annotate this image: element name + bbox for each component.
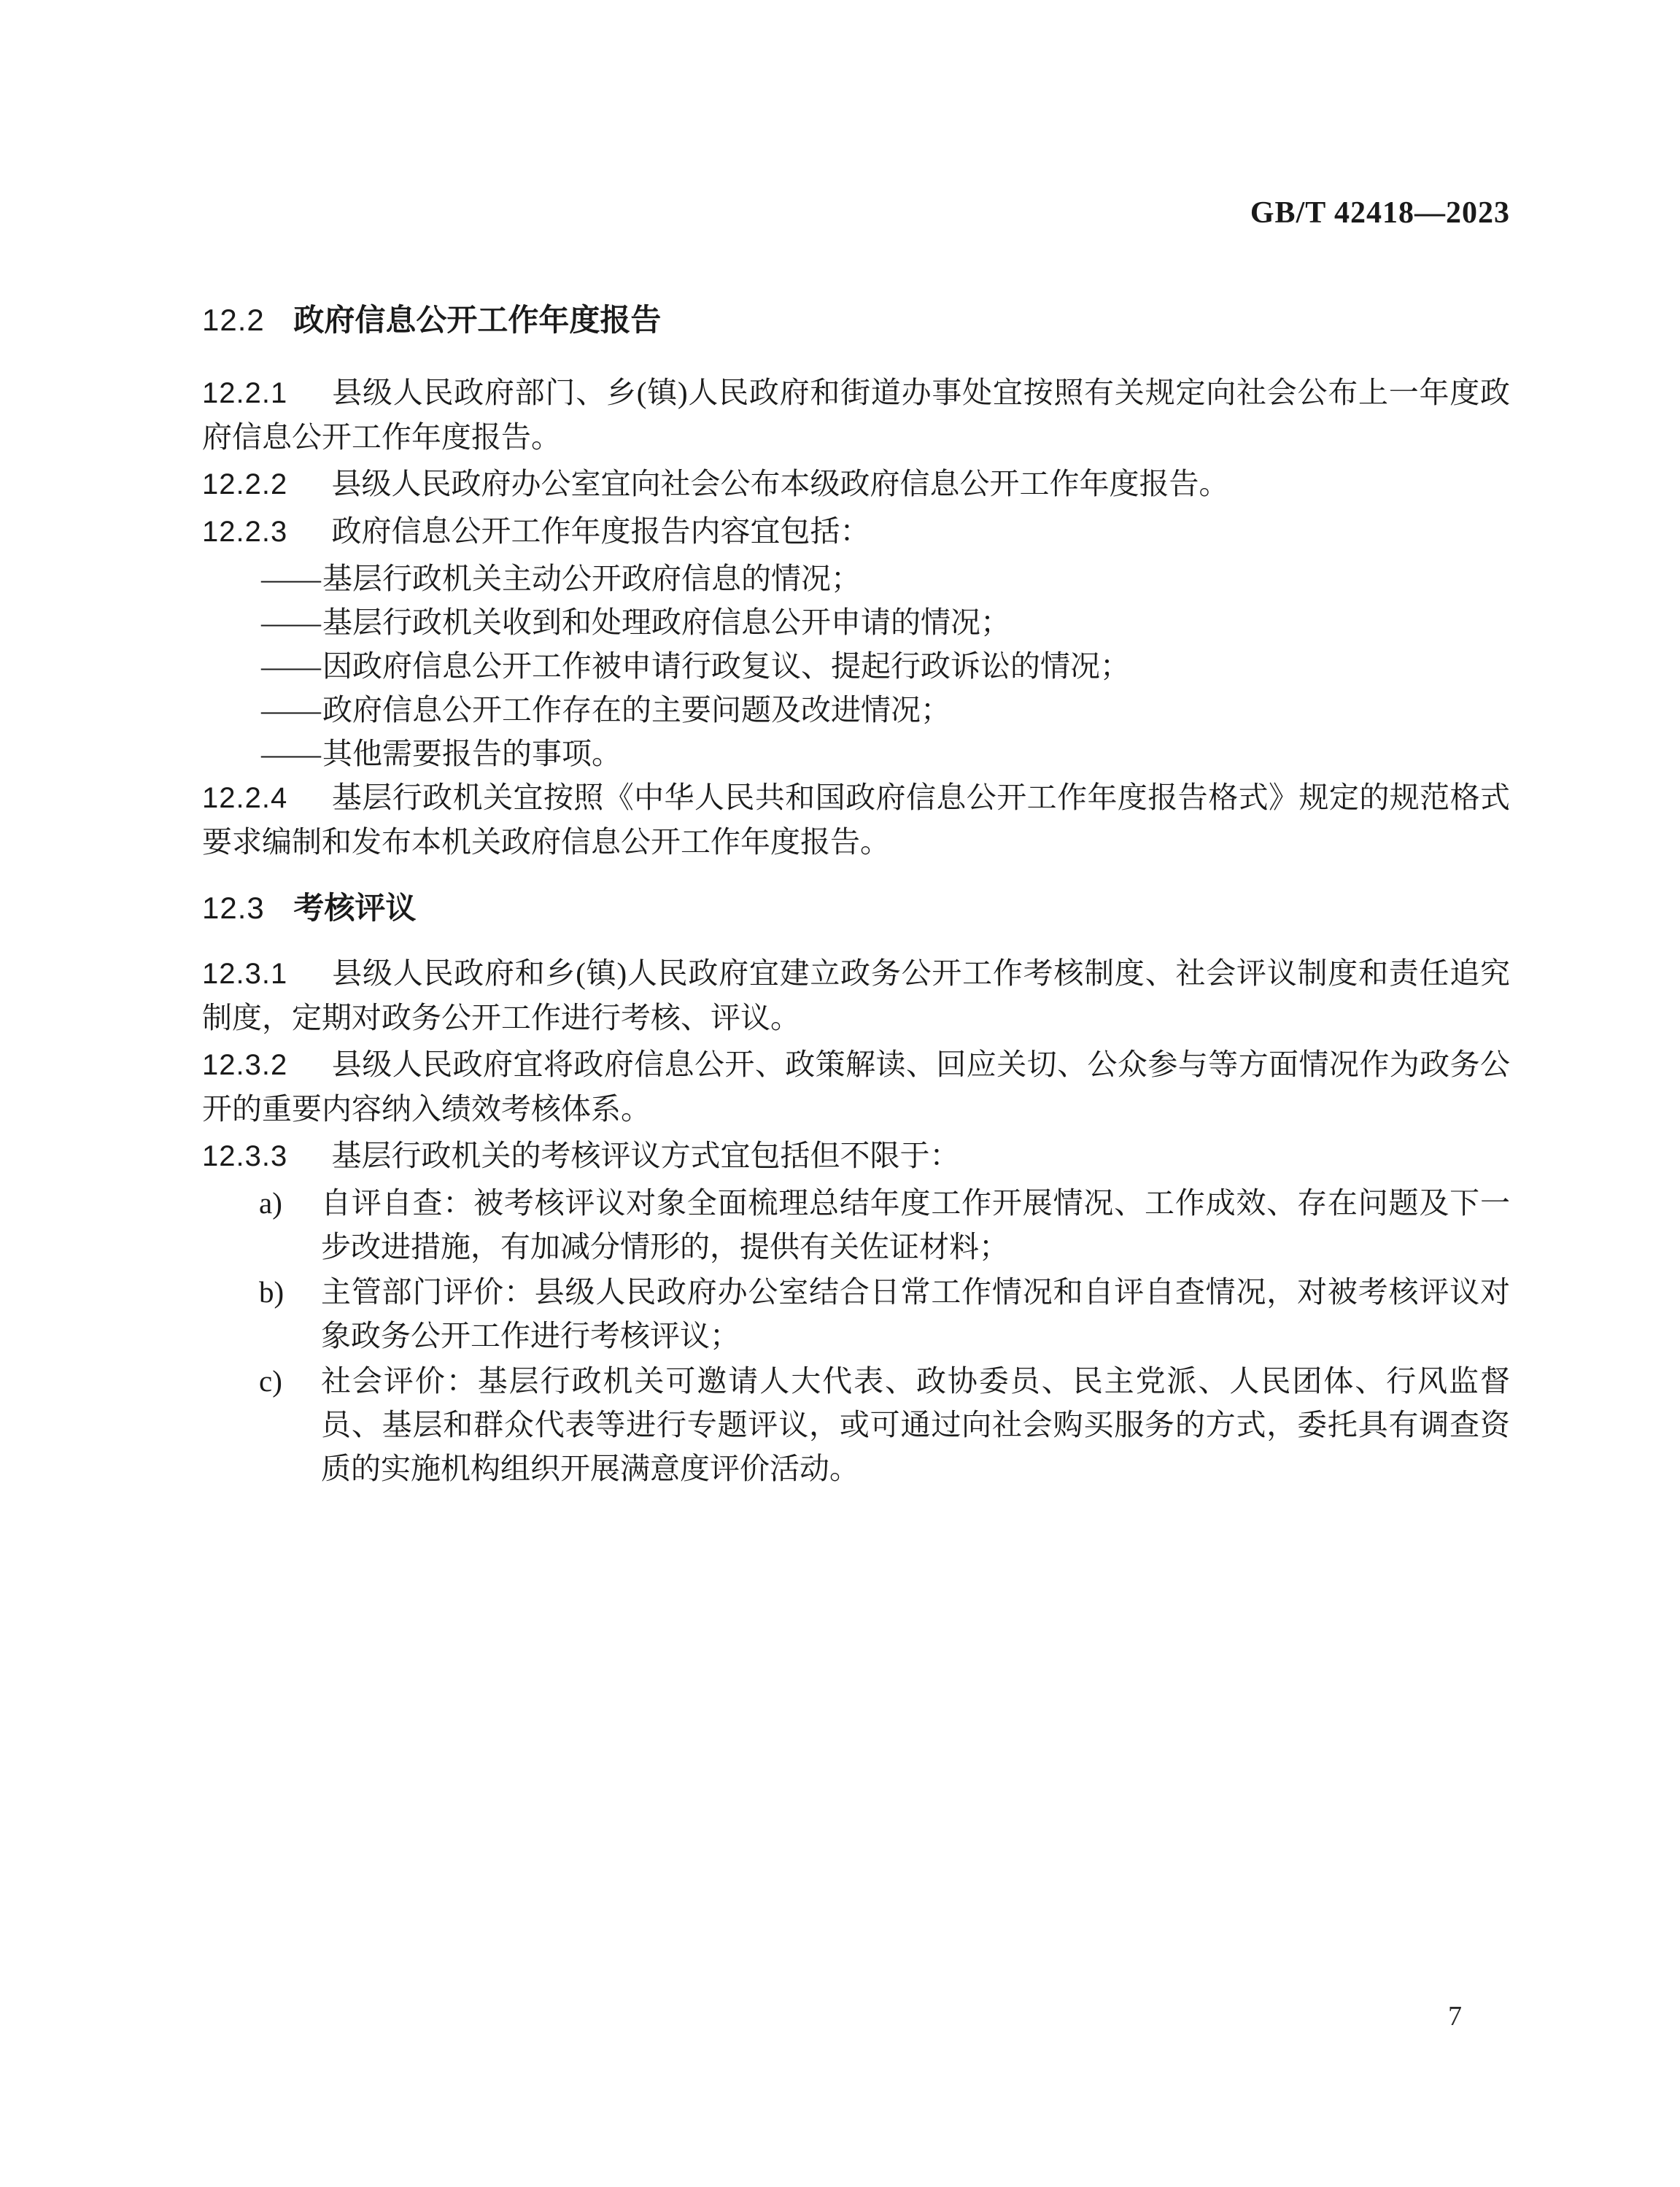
standard-number-header: GB/T 42418—2023: [1250, 196, 1510, 231]
dash-marker: ——: [261, 649, 321, 683]
dash-marker: ——: [261, 693, 321, 727]
clause-12-2-4: 12.2.4 基层行政机关宜按照《中华人民共和国政府信息公开工作年度报告格式》规…: [202, 775, 1510, 864]
letter-marker: a): [259, 1181, 282, 1225]
clause-number: 12.3.1: [202, 958, 287, 990]
clause-number: 12.2.3: [202, 516, 287, 548]
list-item-text: 自评自查：被考核评议对象全面梳理总结年度工作开展情况、工作成效、存在问题及下一步…: [321, 1186, 1510, 1263]
clause-text: 基层行政机关宜按照《中华人民共和国政府信息公开工作年度报告格式》规定的规范格式要…: [202, 781, 1510, 859]
clause-number: 12.2.4: [202, 782, 287, 814]
clause-text: 政府信息公开工作年度报告内容宜包括：: [331, 514, 870, 548]
page-number: 7: [1448, 2000, 1462, 2032]
letter-marker: b): [259, 1270, 284, 1314]
clause-text: 县级人民政府和乡(镇)人民政府宜建立政务公开工作考核制度、社会评议制度和责任追究…: [202, 956, 1510, 1034]
section-heading-12-2: 12.2 政府信息公开工作年度报告: [202, 298, 1510, 343]
clause-number: 12.2.1: [202, 377, 287, 409]
clause-12-3-2: 12.3.2 县级人民政府宜将政府信息公开、政策解读、回应关切、公众参与等方面情…: [202, 1042, 1510, 1131]
evaluation-methods-list: a) 自评自查：被考核评议对象全面梳理总结年度工作开展情况、工作成效、存在问题及…: [202, 1181, 1510, 1490]
dash-marker: ——: [261, 562, 321, 595]
section-number: 12.2: [202, 303, 265, 337]
clause-text: 基层行政机关的考核评议方式宜包括但不限于：: [331, 1139, 959, 1172]
list-item: ——因政府信息公开工作被申请行政复议、提起行政诉讼的情况；: [202, 644, 1510, 688]
section-title: 政府信息公开工作年度报告: [293, 303, 661, 337]
list-item-a: a) 自评自查：被考核评议对象全面梳理总结年度工作开展情况、工作成效、存在问题及…: [202, 1181, 1510, 1269]
clause-text: 县级人民政府宜将政府信息公开、政策解读、回应关切、公众参与等方面情况作为政务公开…: [202, 1048, 1510, 1126]
list-item-text: 因政府信息公开工作被申请行政复议、提起行政诉讼的情况；: [322, 649, 1130, 683]
clause-number: 12.3.3: [202, 1140, 287, 1172]
list-item-text: 主管部门评价：县级人民政府办公室结合日常工作情况和自评自查情况，对被考核评议对象…: [321, 1275, 1510, 1352]
clause-12-2-2: 12.2.2 县级人民政府办公室宜向社会公布本级政府信息公开工作年度报告。: [202, 462, 1510, 506]
list-item-b: b) 主管部门评价：县级人民政府办公室结合日常工作情况和自评自查情况，对被考核评…: [202, 1270, 1510, 1358]
clause-text: 县级人民政府办公室宜向社会公布本级政府信息公开工作年度报告。: [331, 467, 1228, 500]
list-item-text: 其他需要报告的事项。: [322, 737, 622, 770]
list-item-text: 基层行政机关收到和处理政府信息公开申请的情况；: [322, 605, 1010, 639]
dash-marker: ——: [261, 605, 321, 639]
clause-number: 12.2.2: [202, 468, 287, 500]
section-number: 12.3: [202, 891, 265, 925]
list-item: ——基层行政机关收到和处理政府信息公开申请的情况；: [202, 600, 1510, 644]
clause-12-3-1: 12.3.1 县级人民政府和乡(镇)人民政府宜建立政务公开工作考核制度、社会评议…: [202, 951, 1510, 1040]
page-content: 12.2 政府信息公开工作年度报告 12.2.1 县级人民政府部门、乡(镇)人民…: [202, 298, 1510, 1492]
clause-12-2-3: 12.2.3 政府信息公开工作年度报告内容宜包括：: [202, 509, 1510, 554]
list-item: ——政府信息公开工作存在的主要问题及改进情况；: [202, 688, 1510, 732]
list-item: ——其他需要报告的事项。: [202, 732, 1510, 775]
clause-text: 县级人民政府部门、乡(镇)人民政府和街道办事处宜按照有关规定向社会公布上一年度政…: [202, 376, 1510, 454]
report-content-dash-list: ——基层行政机关主动公开政府信息的情况； ——基层行政机关收到和处理政府信息公开…: [202, 557, 1510, 775]
document-page: GB/T 42418—2023 12.2 政府信息公开工作年度报告 12.2.1…: [0, 0, 1680, 2187]
section-heading-12-3: 12.3 考核评议: [202, 886, 1510, 931]
list-item-text: 政府信息公开工作存在的主要问题及改进情况；: [322, 693, 951, 727]
clause-number: 12.3.2: [202, 1049, 287, 1081]
list-item: ——基层行政机关主动公开政府信息的情况；: [202, 557, 1510, 600]
clause-12-2-1: 12.2.1 县级人民政府部门、乡(镇)人民政府和街道办事处宜按照有关规定向社会…: [202, 371, 1510, 459]
section-title: 考核评议: [293, 891, 416, 925]
dash-marker: ——: [261, 737, 321, 770]
letter-marker: c): [259, 1359, 282, 1403]
list-item-c: c) 社会评价：基层行政机关可邀请人大代表、政协委员、民主党派、人民团体、行风监…: [202, 1359, 1510, 1490]
clause-12-3-3: 12.3.3 基层行政机关的考核评议方式宜包括但不限于：: [202, 1134, 1510, 1178]
list-item-text: 基层行政机关主动公开政府信息的情况；: [322, 562, 861, 595]
list-item-text: 社会评价：基层行政机关可邀请人大代表、政协委员、民主党派、人民团体、行风监督员、…: [321, 1364, 1510, 1485]
